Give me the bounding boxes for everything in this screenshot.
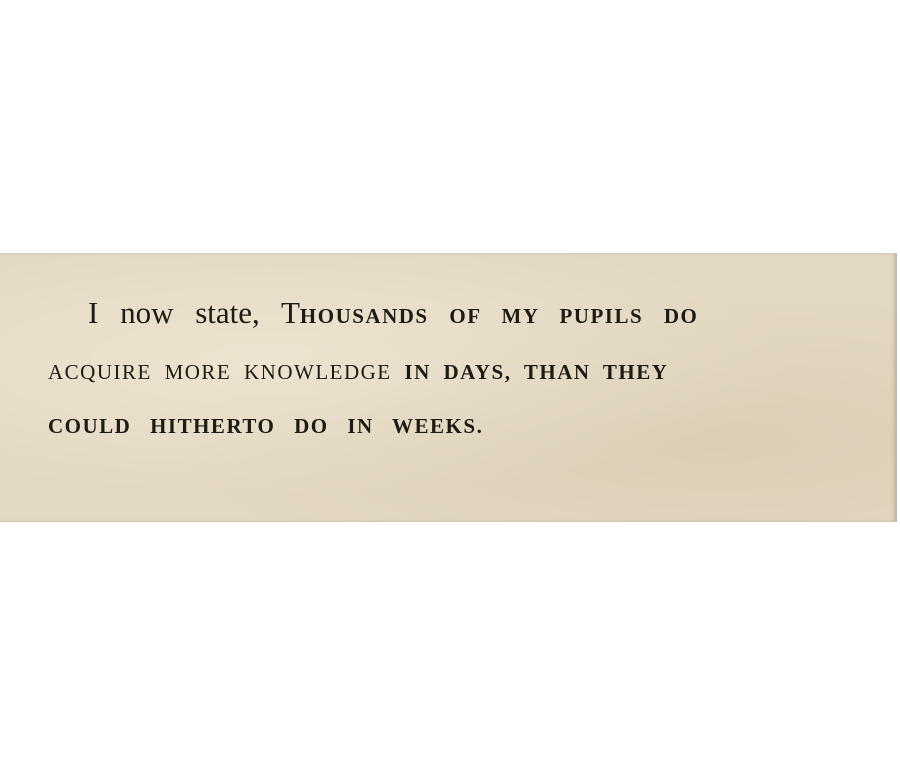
- line-1-small-caps: HOUSANDS OF MY PUPILS DO: [300, 304, 698, 328]
- line-2-bold: IN DAYS, THAN THEY: [404, 360, 668, 384]
- line-1-lead: I now state,: [88, 295, 260, 330]
- paper-clipping: [0, 253, 897, 522]
- text-line-3: COULD HITHERTO DO IN WEEKS.: [48, 414, 483, 439]
- line-2-light: ACQUIRE MORE KNOWLEDGE: [48, 360, 392, 384]
- text-line-1: I now state, THOUSANDS OF MY PUPILS DO: [88, 295, 698, 331]
- text-line-2: ACQUIRE MORE KNOWLEDGE IN DAYS, THAN THE…: [48, 360, 668, 385]
- line-1-capital: T: [281, 295, 300, 330]
